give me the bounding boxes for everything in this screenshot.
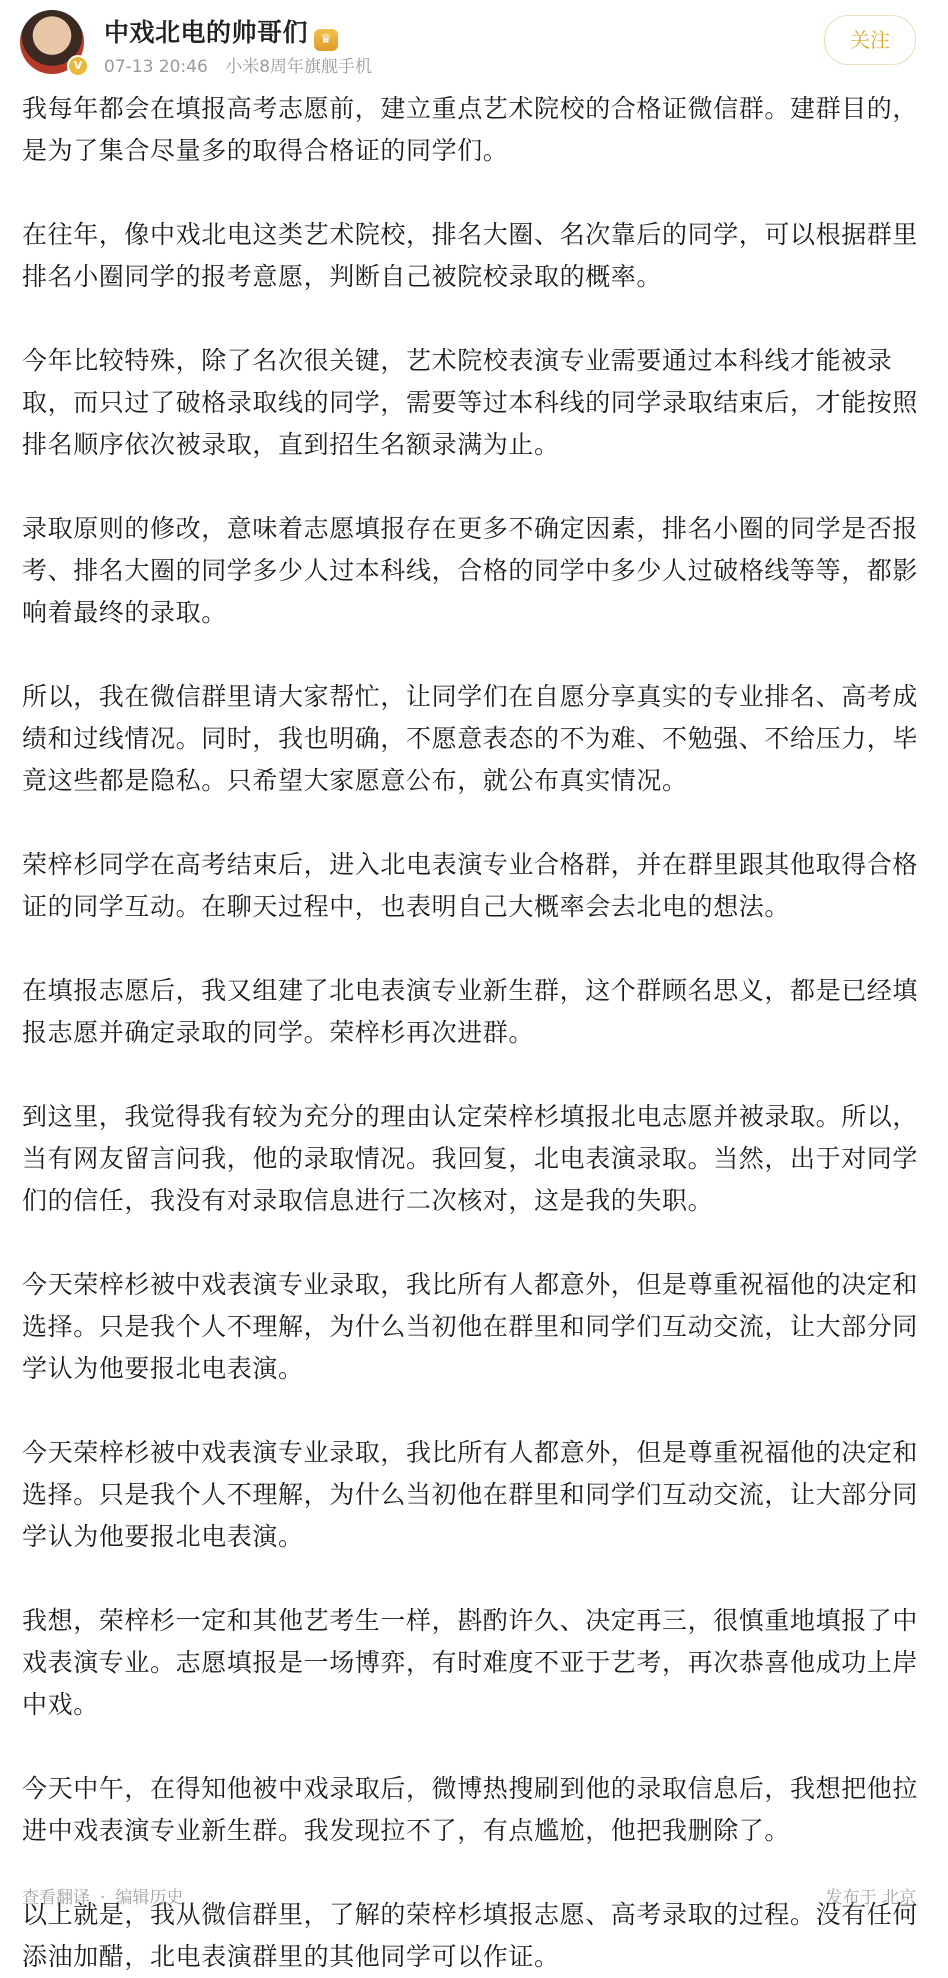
paragraph: 所以，我在微信群里请大家帮忙，让同学们在自愿分享真实的专业排名、高考成绩和过线情… — [22, 676, 922, 802]
author-name[interactable]: 中戏北电的帅哥们♛ — [104, 13, 338, 51]
paragraph: 在填报志愿后，我又组建了北电表演专业新生群，这个群顾名思义，都是已经填报志愿并确… — [22, 970, 922, 1054]
paragraph: 我每年都会在填报高考志愿前，建立重点艺术院校的合格证微信群。建群目的，是为了集合… — [22, 88, 922, 172]
device-source: 小米8周年旗舰手机 — [225, 57, 372, 77]
paragraph: 到这里，我觉得我有较为充分的理由认定荣梓杉填报北电志愿并被录取。所以，当有网友留… — [22, 1096, 922, 1222]
edit-history-link[interactable]: 编辑历史 — [115, 1888, 183, 1908]
paragraph: 荣梓杉同学在高考结束后，进入北电表演专业合格群，并在群里跟其他取得合格证的同学互… — [22, 844, 922, 928]
post-meta: 07-13 20:46 小米8周年旗舰手机 — [104, 52, 372, 77]
translate-link[interactable]: 查看翻译 — [22, 1888, 90, 1908]
separator: · — [100, 1888, 105, 1908]
paragraph: 我想，荣梓杉一定和其他艺考生一样，斟酌许久、决定再三，很慎重地填报了中戏表演专业… — [22, 1600, 922, 1726]
post-body: 我每年都会在填报高考志愿前，建立重点艺术院校的合格证微信群。建群目的，是为了集合… — [22, 88, 922, 1919]
paragraph: 今天荣梓杉被中戏表演专业录取，我比所有人都意外，但是尊重祝福他的决定和选择。只是… — [22, 1264, 922, 1390]
crown-icon: ♛ — [314, 29, 338, 51]
post-location: 发布于 北京 — [826, 1883, 916, 1908]
paragraph: 在往年，像中戏北电这类艺术院校，排名大圈、名次靠后的同学，可以根据群里排名小圈同… — [22, 214, 922, 298]
paragraph: 录取原则的修改，意味着志愿填报存在更多不确定因素，排名小圈的同学是否报考、排名大… — [22, 508, 922, 634]
paragraph: 今天荣梓杉被中戏表演专业录取，我比所有人都意外，但是尊重祝福他的决定和选择。只是… — [22, 1432, 922, 1558]
paragraph: 今天中午，在得知他被中戏录取后，微博热搜刷到他的录取信息后，我想把他拉进中戏表演… — [22, 1768, 922, 1852]
post-footer: 查看翻译·编辑历史 发布于 北京 — [22, 1883, 916, 1908]
post-header: V 中戏北电的帅哥们♛ 07-13 20:46 小米8周年旗舰手机 关注 — [0, 0, 948, 84]
timestamp: 07-13 20:46 — [104, 57, 208, 77]
paragraph: 今年比较特殊，除了名次很关键，艺术院校表演专业需要通过本科线才能被录取，而只过了… — [22, 340, 922, 466]
author-name-text[interactable]: 中戏北电的帅哥们 — [104, 18, 308, 47]
follow-button[interactable]: 关注 — [824, 15, 916, 65]
verified-v-icon: V — [67, 55, 89, 77]
